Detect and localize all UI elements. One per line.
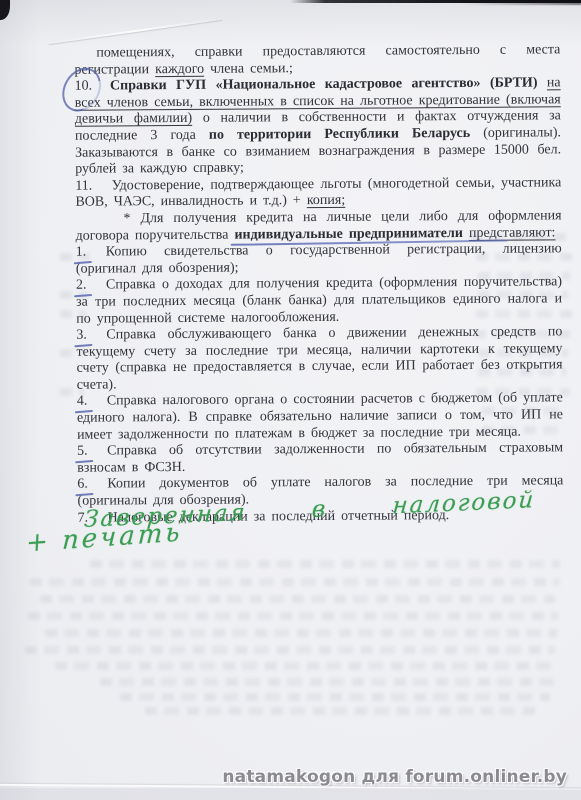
item-number-pen-marked: 4.: [77, 394, 107, 411]
item-number: 11.: [75, 178, 105, 195]
paragraph-item-11: 11. Удостоверение, подтверждающее льготы…: [75, 175, 561, 212]
bold-text-pen-underlined: индивидуальные предприниматели: [234, 226, 463, 243]
underlined-text: каждого: [155, 61, 204, 76]
item-text: Копию свидетельства о государственной ре…: [76, 241, 562, 276]
list-item: 5.Справка об отсутствии задолженности по…: [77, 441, 563, 478]
item-text: Справка налогового органа о состоянии ра…: [77, 391, 563, 443]
paper-crease: [49, 18, 223, 44]
item-number-pen-marked: 1.: [76, 245, 106, 262]
scan-shading-top: [0, 0, 581, 46]
list-item: 4.Справка налогового органа о состоянии …: [77, 391, 563, 444]
bold-text: по территории Республики Беларусь: [209, 126, 470, 143]
scan-shading-left: [0, 0, 40, 800]
scan-shading-bottom: [0, 788, 581, 800]
document-text: помещениях, справки предоставляются само…: [74, 42, 563, 527]
scan-edge-artifact: [461, 2, 581, 5]
text-segment: члена семьи.;: [210, 61, 293, 77]
list-item: 1.Копию свидетельства о государственной …: [76, 241, 562, 278]
asterisk-marker: *: [99, 211, 130, 228]
watermark-text: natamakogon для forum.onliner.by: [222, 767, 567, 787]
item-text: Справка обслуживающего банка о движении …: [76, 324, 562, 392]
scan-corner-artifact: [0, 0, 10, 20]
paragraph-intro: помещениях, справки предоставляются само…: [74, 42, 560, 79]
text-segment: помещениях, справки предоставляются само…: [74, 42, 560, 77]
item-number-pen-marked: 3.: [76, 328, 106, 345]
paragraph-entrepreneurs: * Для получения кредита на личные цели л…: [75, 208, 561, 245]
underlined-text: копия;: [307, 193, 346, 208]
item-number-pen-marked: 6.: [77, 477, 107, 494]
item-text: Справка об отсутствии задолженности по о…: [77, 441, 563, 476]
item-number-pen-marked: 2.: [76, 278, 106, 295]
paragraph-item-10: 10. Справки ГУП «Национальное кадастрово…: [75, 75, 562, 178]
item-text: Справка о доходах для получения кредита …: [76, 275, 562, 327]
underlined-text: представляют:: [469, 225, 556, 241]
bold-text: Справки ГУП «Национальное кадастровое аг…: [110, 76, 538, 94]
list-item: 2.Справка о доходах для получения кредит…: [76, 275, 562, 328]
item-number-circled-annotation: 10.: [75, 79, 101, 96]
handwritten-note-line2: + печать: [25, 517, 183, 558]
list-item: 3.Справка обслуживающего банка о движени…: [76, 324, 562, 394]
item-number-pen-marked: 5.: [77, 444, 107, 461]
scanned-document-page: помещениях, справки предоставляются само…: [0, 0, 581, 800]
